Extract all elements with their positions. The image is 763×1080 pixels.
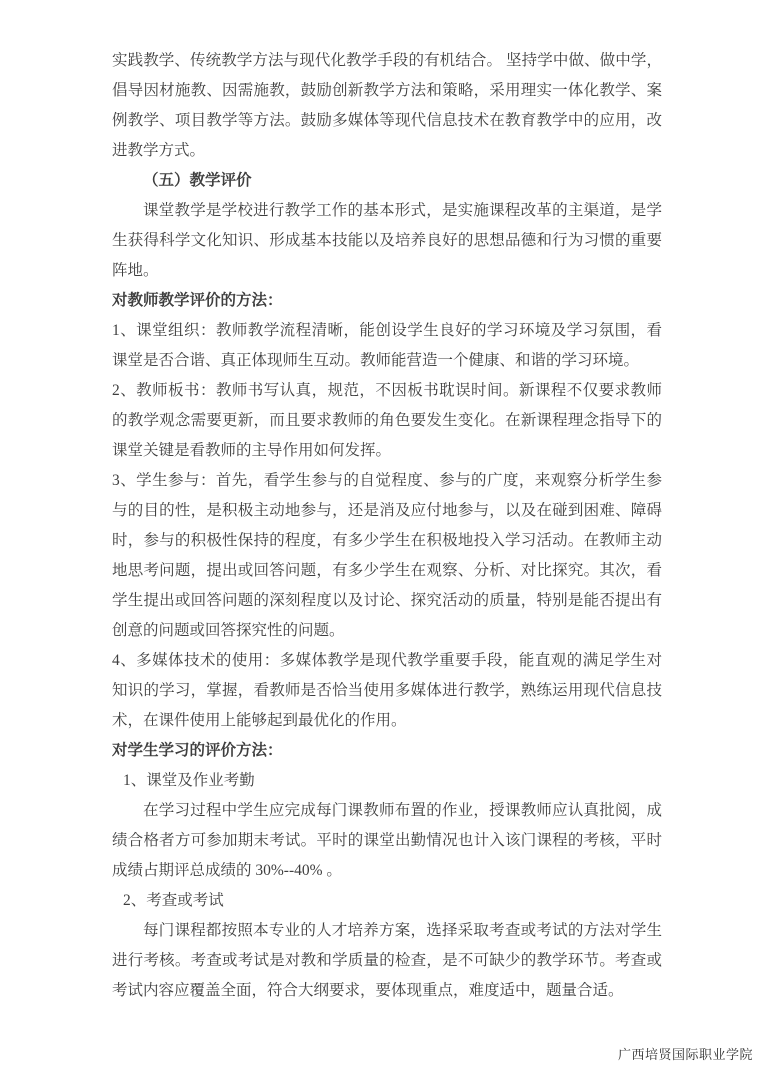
list-item-2-teacher-board-writing: 2、教师板书：教师书写认真，规范，不因板书耽误时间。新课程不仅要求教师的教学观念… xyxy=(112,376,662,466)
document-page: 实践教学、传统教学方法与现代化教学手段的有机结合。 坚持学中做、做中学，倡导因材… xyxy=(0,0,763,1080)
paragraph-classroom-teaching-role: 课堂教学是学校进行教学工作的基本形式，是实施课程改革的主渠道，是学生获得科学文化… xyxy=(112,196,662,286)
document-body: 实践教学、传统教学方法与现代化教学手段的有机结合。 坚持学中做、做中学，倡导因材… xyxy=(112,46,662,1006)
paragraph-assessment-requirements: 每门课程都按照本专业的人才培养方案，选择采取考查或考试的方法对学生进行考核。考查… xyxy=(112,916,662,1006)
heading-section-5-teaching-evaluation: （五）教学评价 xyxy=(112,166,662,196)
list-item-3-student-participation: 3、学生参与：首先，看学生参与的自觉程度、参与的广度，来观察分析学生参与的目的性… xyxy=(112,466,662,646)
paragraph-attendance-grading: 在学习过程中学生应完成每门课教师布置的作业，授课教师应认真批阅，成绩合格者方可参… xyxy=(112,796,662,886)
paragraph-practice-teaching-integration: 实践教学、传统教学方法与现代化教学手段的有机结合。 坚持学中做、做中学，倡导因材… xyxy=(112,46,662,166)
heading-teacher-evaluation-methods: 对教师教学评价的方法： xyxy=(112,286,662,316)
heading-student-evaluation-methods: 对学生学习的评价方法： xyxy=(112,736,662,766)
list-item-4-multimedia-usage: 4、多媒体技术的使用：多媒体教学是现代教学重要手段，能直观的满足学生对知识的学习… xyxy=(112,646,662,736)
watermark-college-name: 广西培贤国际职业学院 xyxy=(618,1045,753,1065)
list-item-1-classroom-organization: 1、课堂组织：教师教学流程清晰，能创设学生良好的学习环境及学习氛围，看课堂是否合… xyxy=(112,316,662,376)
subheading-2-assessment-or-exam: 2、考查或考试 xyxy=(112,886,662,916)
subheading-1-attendance-homework: 1、课堂及作业考勤 xyxy=(112,766,662,796)
